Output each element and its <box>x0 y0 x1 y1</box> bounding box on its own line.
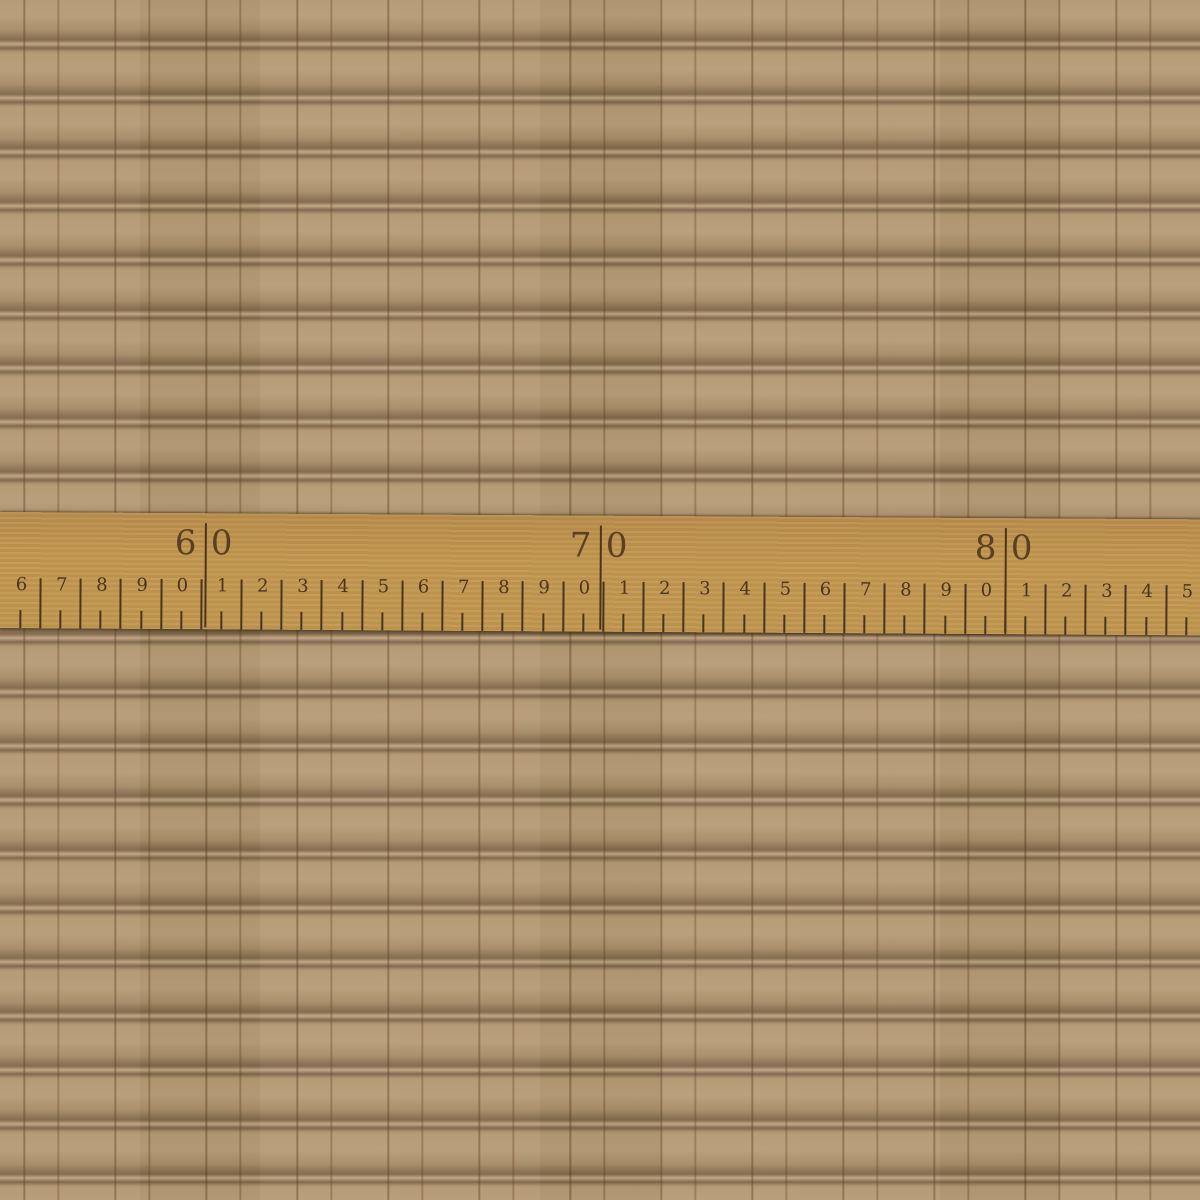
tick-short <box>622 614 624 632</box>
tick-long <box>1165 585 1167 635</box>
tick-short <box>703 614 705 632</box>
major-label-left: 8 <box>975 528 1001 568</box>
tick-long <box>1125 585 1127 635</box>
minor-digit: 1 <box>1016 580 1036 601</box>
minor-digit: 9 <box>936 580 956 601</box>
tick-long <box>843 583 845 633</box>
minor-digit: 1 <box>212 575 232 596</box>
tick-short <box>381 612 383 630</box>
minor-digit: 7 <box>856 579 876 600</box>
minor-digit: 7 <box>52 574 72 595</box>
tick-long <box>1044 584 1046 634</box>
tick-long <box>200 579 202 629</box>
minor-digit: 8 <box>494 577 514 598</box>
minor-digit: 7 <box>454 577 474 598</box>
tick-long <box>280 580 282 630</box>
tick-long <box>924 584 926 634</box>
tick-long <box>441 581 443 631</box>
tick-long <box>79 578 81 628</box>
tick-short <box>823 615 825 633</box>
tick-long <box>160 579 162 629</box>
minor-digit: 1 <box>614 578 634 599</box>
tick-short <box>140 611 142 629</box>
minor-digit: 2 <box>253 576 273 597</box>
tick-long <box>240 579 242 629</box>
minor-digit: 0 <box>574 578 594 599</box>
tick-long <box>964 584 966 634</box>
tick-short <box>59 610 61 628</box>
tick-short <box>863 615 865 633</box>
major-label-left: 7 <box>570 525 596 565</box>
minor-digit: 4 <box>735 578 755 599</box>
tick-short <box>502 613 504 631</box>
tick-long <box>120 579 122 629</box>
minor-digit: 8 <box>896 579 916 600</box>
tick-long <box>321 580 323 630</box>
tick-long <box>1004 584 1006 634</box>
tick-short <box>743 615 745 633</box>
tick-long <box>883 583 885 633</box>
tick-short <box>220 611 222 629</box>
major-mark-line <box>204 523 207 627</box>
tick-short <box>1105 617 1107 635</box>
tick-short <box>783 615 785 633</box>
minor-digit: 0 <box>172 575 192 596</box>
tick-short <box>984 616 986 634</box>
major-label-right: 0 <box>1011 528 1037 568</box>
minor-digit: 2 <box>655 578 675 599</box>
major-label-right: 0 <box>211 523 237 563</box>
tick-long <box>723 582 725 632</box>
wooden-ruler: 607080678901234567890123456789012345 <box>0 512 1200 635</box>
tick-long <box>361 580 363 630</box>
minor-digit: 5 <box>1177 581 1197 602</box>
minor-digit: 6 <box>815 579 835 600</box>
tick-short <box>1185 617 1187 635</box>
tick-long <box>562 581 564 631</box>
major-label-left: 6 <box>175 523 201 563</box>
minor-digit: 6 <box>413 577 433 598</box>
tick-short <box>100 611 102 629</box>
minor-digit: 3 <box>293 576 313 597</box>
minor-digit: 4 <box>1137 581 1157 602</box>
minor-digit: 0 <box>976 580 996 601</box>
tick-long <box>763 583 765 633</box>
minor-digit: 5 <box>775 579 795 600</box>
tick-short <box>260 612 262 630</box>
tick-short <box>542 613 544 631</box>
minor-digit: 5 <box>373 576 393 597</box>
minor-digit: 9 <box>534 577 554 598</box>
minor-digit: 6 <box>11 574 31 595</box>
minor-digit: 8 <box>92 575 112 596</box>
tick-long <box>39 578 41 628</box>
minor-digit: 9 <box>132 575 152 596</box>
tick-long <box>682 582 684 632</box>
tick-short <box>421 613 423 631</box>
tick-short <box>19 610 21 628</box>
minor-digit: 4 <box>333 576 353 597</box>
major-label-right: 0 <box>606 526 632 566</box>
tick-short <box>461 613 463 631</box>
minor-digit: 2 <box>1057 580 1077 601</box>
tick-short <box>904 616 906 634</box>
tick-long <box>401 580 403 630</box>
tick-short <box>1145 617 1147 635</box>
tick-short <box>1024 616 1026 634</box>
tick-short <box>662 614 664 632</box>
tick-short <box>1064 617 1066 635</box>
minor-digit: 3 <box>1097 581 1117 602</box>
tick-short <box>180 611 182 629</box>
tick-long <box>803 583 805 633</box>
tick-short <box>582 614 584 632</box>
tick-long <box>481 581 483 631</box>
tick-long <box>522 581 524 631</box>
tick-short <box>944 616 946 634</box>
tick-long <box>642 582 644 632</box>
tick-long <box>602 582 604 632</box>
tick-short <box>341 612 343 630</box>
minor-digit: 3 <box>695 578 715 599</box>
tick-long <box>1084 585 1086 635</box>
tick-short <box>301 612 303 630</box>
